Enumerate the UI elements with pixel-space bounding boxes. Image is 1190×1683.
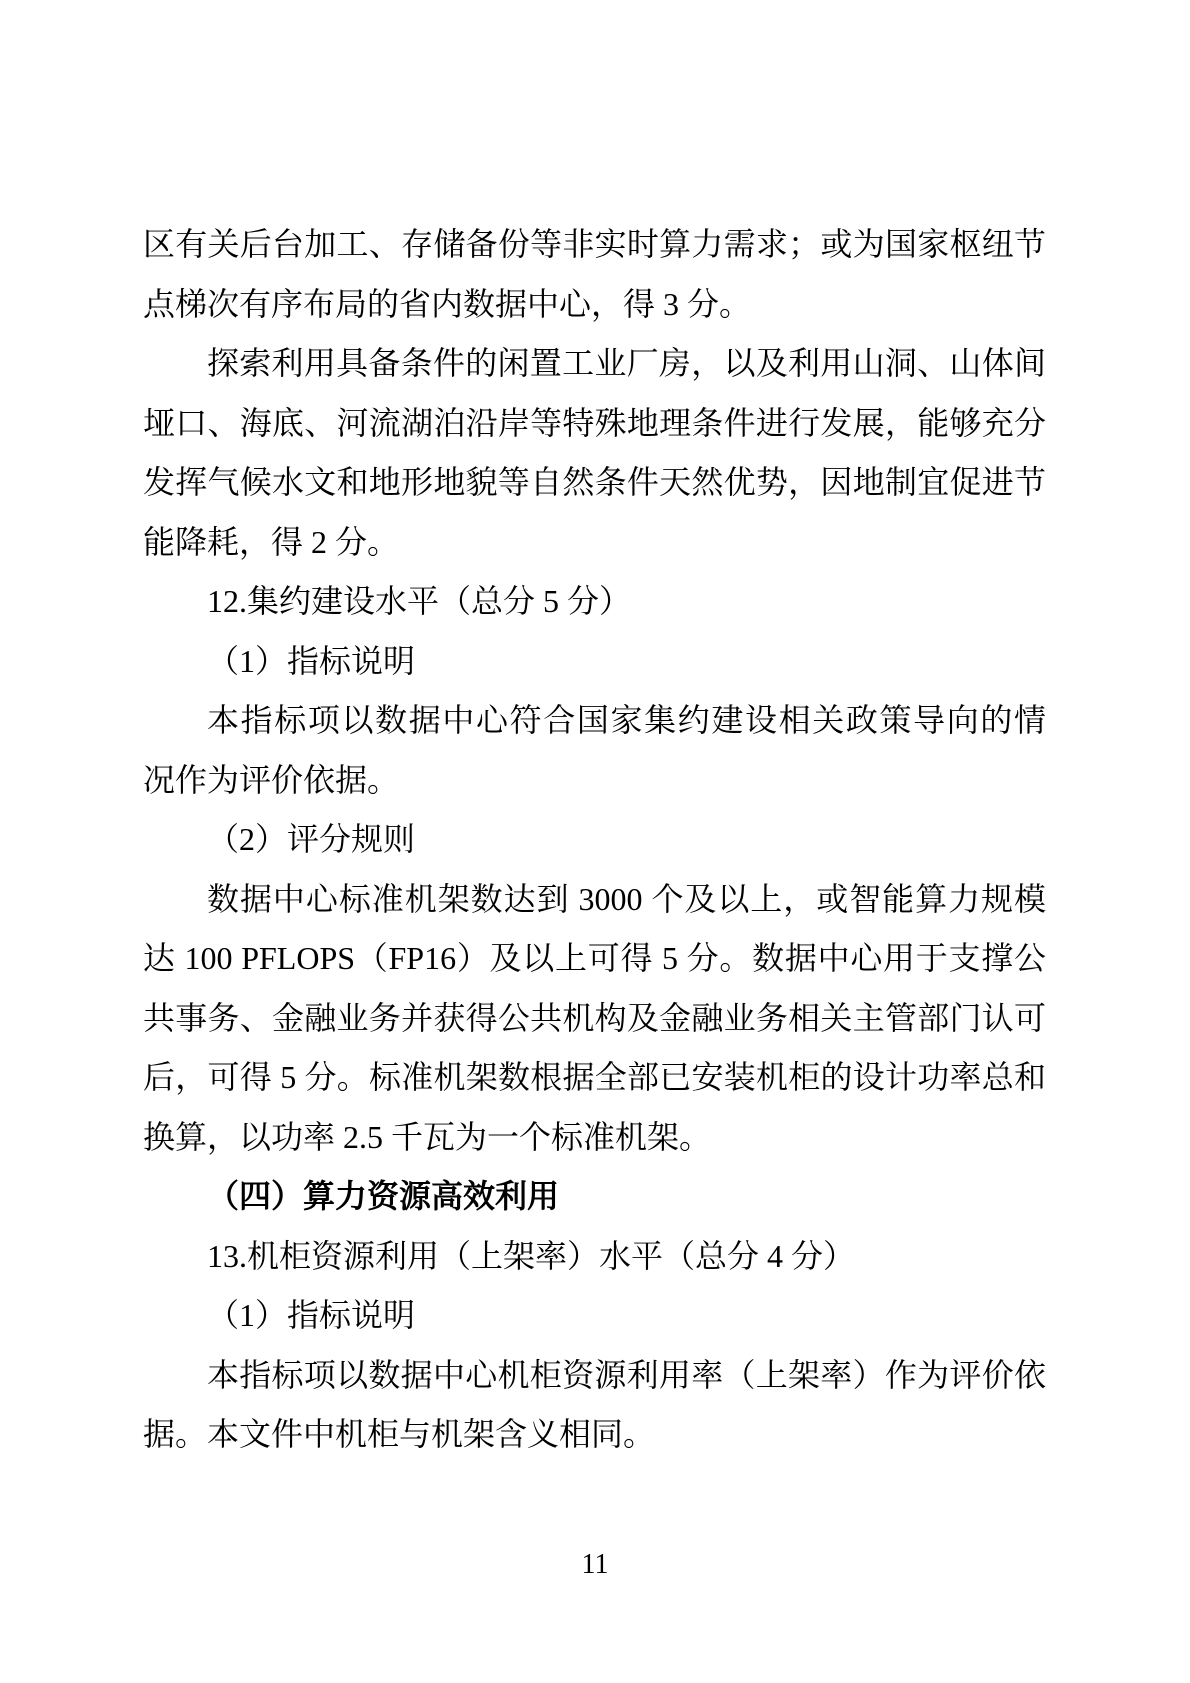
item-12-scoring-rule-line: 换算，以功率 2.5 千瓦为一个标准机架。 bbox=[143, 1108, 1046, 1168]
item-13-clause-1-title: （1）指标说明 bbox=[143, 1286, 1046, 1346]
item-12-scoring-rule-line: 后，可得 5 分。标准机架数根据全部已安装机柜的设计功率总和 bbox=[143, 1048, 1046, 1108]
item-12-clause-2-title: （2）评分规则 bbox=[143, 810, 1046, 870]
item-12-title: 12.集约建设水平（总分 5 分） bbox=[143, 572, 1046, 632]
para-continuation-line: 区有关后台加工、存储备份等非实时算力需求；或为国家枢纽节 bbox=[143, 215, 1046, 275]
document-body: 区有关后台加工、存储备份等非实时算力需求；或为国家枢纽节 点梯次有序布局的省内数… bbox=[143, 215, 1046, 1465]
item-12-scoring-rule-line: 达 100 PFLOPS（FP16）及以上可得 5 分。数据中心用于支撑公 bbox=[143, 929, 1046, 989]
document-page: 区有关后台加工、存储备份等非实时算力需求；或为国家枢纽节 点梯次有序布局的省内数… bbox=[0, 0, 1190, 1683]
para-site-advantage-line: 探索利用具备条件的闲置工业厂房，以及利用山洞、山体间 bbox=[143, 334, 1046, 394]
page-number: 11 bbox=[582, 1549, 609, 1580]
item-13-title: 13.机柜资源利用（上架率）水平（总分 4 分） bbox=[143, 1227, 1046, 1287]
para-site-advantage-line: 垭口、海底、河流湖泊沿岸等特殊地理条件进行发展，能够充分 bbox=[143, 394, 1046, 454]
item-12-scoring-rule-line: 共事务、金融业务并获得公共机构及金融业务相关主管部门认可 bbox=[143, 989, 1046, 1049]
section-4-title: （四）算力资源高效利用 bbox=[143, 1167, 1046, 1227]
para-site-advantage-line: 能降耗，得 2 分。 bbox=[143, 513, 1046, 573]
item-12-indicator-desc-line: 本指标项以数据中心符合国家集约建设相关政策导向的情 bbox=[143, 691, 1046, 751]
item-12-indicator-desc-line: 况作为评价依据。 bbox=[143, 751, 1046, 811]
item-12-clause-1-title: （1）指标说明 bbox=[143, 632, 1046, 692]
item-12-scoring-rule-line: 数据中心标准机架数达到 3000 个及以上，或智能算力规模 bbox=[143, 870, 1046, 930]
page-footer: 11 bbox=[0, 1549, 1190, 1581]
para-continuation-line: 点梯次有序布局的省内数据中心，得 3 分。 bbox=[143, 275, 1046, 335]
item-13-indicator-desc-line: 本指标项以数据中心机柜资源利用率（上架率）作为评价依 bbox=[143, 1346, 1046, 1406]
item-13-indicator-desc-line: 据。本文件中机柜与机架含义相同。 bbox=[143, 1405, 1046, 1465]
para-site-advantage-line: 发挥气候水文和地形地貌等自然条件天然优势，因地制宜促进节 bbox=[143, 453, 1046, 513]
